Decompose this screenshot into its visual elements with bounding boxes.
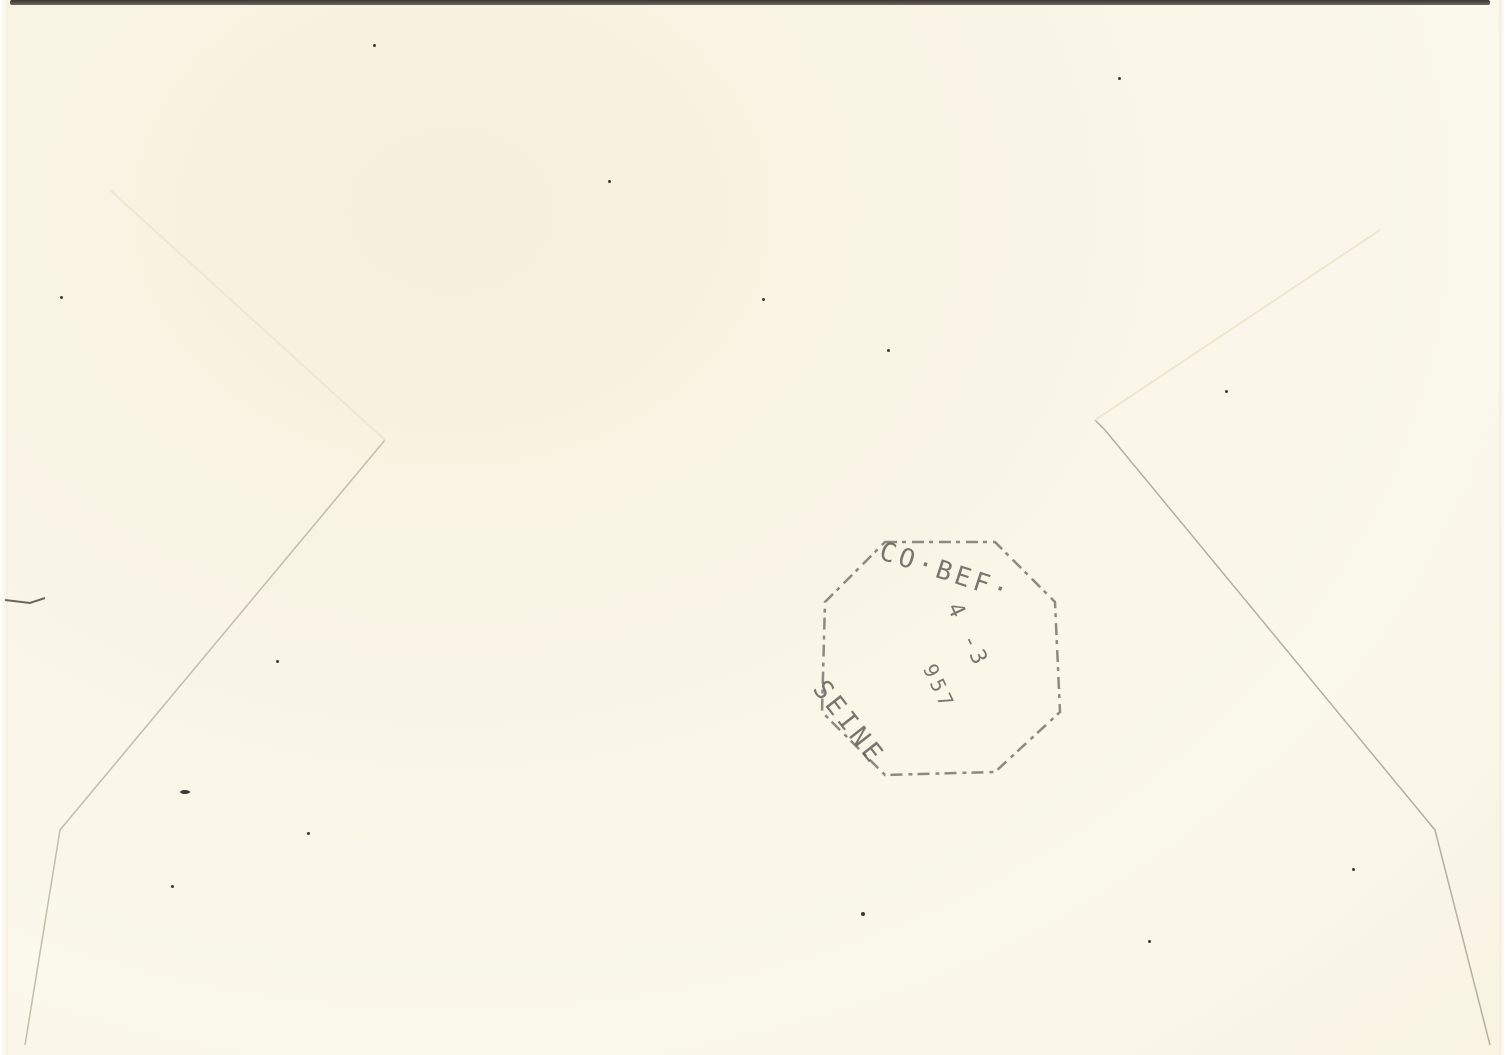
paper-speck	[180, 790, 190, 794]
paper-speck	[861, 912, 865, 916]
left-flap-fold	[25, 440, 385, 1045]
paper-speck	[373, 44, 376, 47]
postmark-date-year: 957	[918, 660, 960, 714]
faint-flap-crease-right	[1095, 230, 1380, 420]
envelope-back: CO·BEF· SEINE 4 -3 957	[0, 0, 1505, 1055]
postmark: CO·BEF· SEINE 4 -3 957	[815, 535, 1065, 780]
right-flap-fold	[1095, 420, 1490, 1045]
postmark-town-text: CO·BEF·	[876, 536, 1016, 607]
edge-tear-mark	[5, 598, 45, 603]
paper-speck	[762, 298, 765, 301]
paper-speck	[60, 296, 63, 299]
paper-speck	[276, 660, 279, 663]
paper-speck	[608, 180, 611, 183]
paper-speck	[1148, 940, 1151, 943]
postmark-date-day: 4 -3	[942, 599, 994, 672]
envelope-flap-folds	[0, 0, 1505, 1055]
paper-speck	[1225, 390, 1228, 393]
postmark-department-text: SEINE	[806, 675, 890, 771]
paper-speck	[171, 885, 174, 888]
paper-speck	[887, 349, 890, 352]
paper-speck	[1352, 868, 1355, 871]
paper-speck	[307, 832, 310, 835]
faint-flap-crease-left	[110, 190, 385, 440]
paper-speck	[1118, 77, 1121, 80]
